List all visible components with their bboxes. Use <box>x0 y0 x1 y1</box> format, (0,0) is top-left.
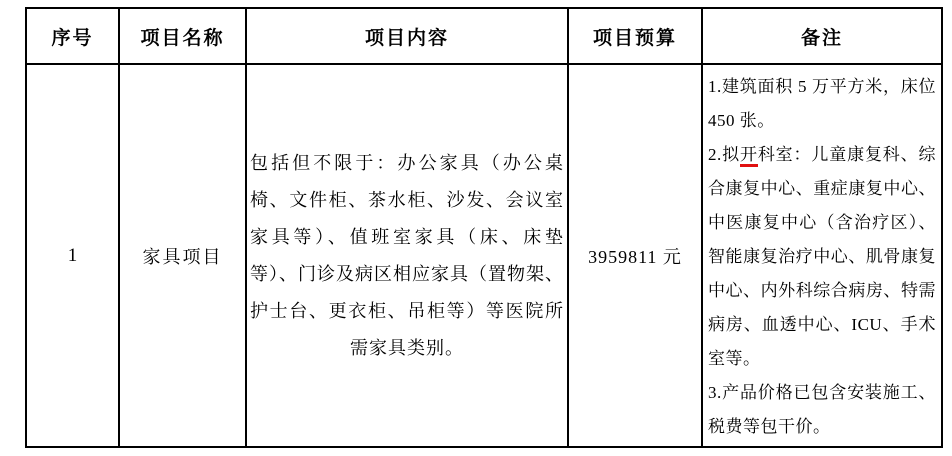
table-row: 1 家具项目 包括但不限于：办公家具（办公桌椅、文件柜、茶水柜、沙发、会议室家具… <box>26 64 942 447</box>
cell-project-name: 家具项目 <box>119 64 246 447</box>
red-underlined-text: 开 <box>740 145 758 167</box>
header-project-budget: 项目预算 <box>568 8 702 64</box>
remark-item-3: 3.产品价格已包含安装施工、税费等包干价。 <box>708 376 936 444</box>
remark-item-2: 2.拟开科室：儿童康复科、综合康复中心、重症康复中心、中医康复中心（含治疗区）、… <box>708 138 936 376</box>
header-serial-number: 序号 <box>26 8 119 64</box>
project-budget-table-container: 序号 项目名称 项目内容 项目预算 备注 1 家具项目 包括但不限于：办公家具（… <box>25 7 941 444</box>
project-budget-table: 序号 项目名称 项目内容 项目预算 备注 1 家具项目 包括但不限于：办公家具（… <box>25 7 943 448</box>
cell-remarks: 1.建筑面积 5 万平方米，床位 450 张。 2.拟开科室：儿童康复科、综合康… <box>702 64 942 447</box>
remark-2-suffix: 科室：儿童康复科、综合康复中心、重症康复中心、中医康复中心（含治疗区）、智能康复… <box>708 145 936 368</box>
cell-serial-number: 1 <box>26 64 119 447</box>
project-content-text: 包括但不限于：办公家具（办公桌椅、文件柜、茶水柜、沙发、会议室家具等）、值班室家… <box>250 145 564 367</box>
header-project-name: 项目名称 <box>119 8 246 64</box>
header-row: 序号 项目名称 项目内容 项目预算 备注 <box>26 8 942 64</box>
remark-item-1: 1.建筑面积 5 万平方米，床位 450 张。 <box>708 70 936 138</box>
remark-2-prefix: 2.拟 <box>708 145 740 164</box>
cell-project-budget: 3959811 元 <box>568 64 702 447</box>
cell-project-content: 包括但不限于：办公家具（办公桌椅、文件柜、茶水柜、沙发、会议室家具等）、值班室家… <box>246 64 568 447</box>
header-project-content: 项目内容 <box>246 8 568 64</box>
header-remarks: 备注 <box>702 8 942 64</box>
